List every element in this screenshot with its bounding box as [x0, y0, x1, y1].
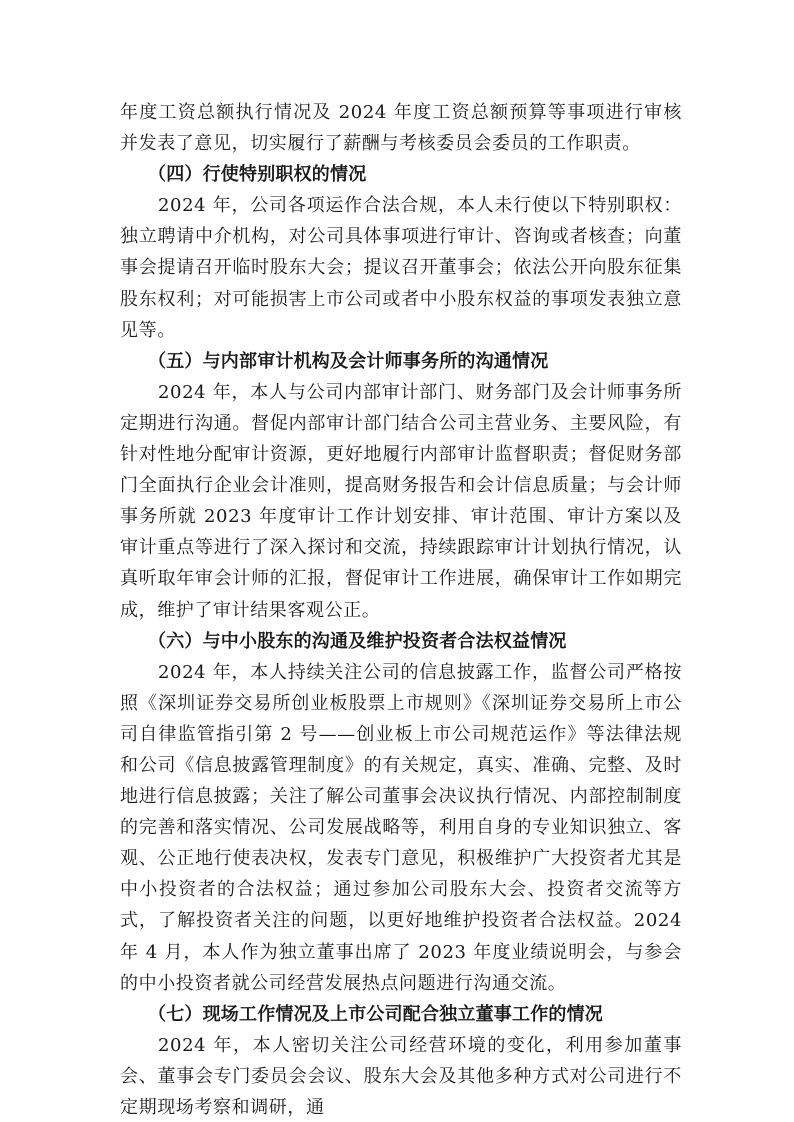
paragraph-audit-communication: 2024 年，本人与公司内部审计部门、财务部门及会计师事务所定期进行沟通。督促内… — [120, 377, 682, 626]
paragraph-minority-shareholders: 2024 年，本人持续关注公司的信息披露工作，监督公司严格按照《深圳证券交易所创… — [120, 657, 682, 999]
section-heading-minority-shareholders: （六）与中小股东的沟通及维护投资者合法权益情况 — [120, 626, 682, 657]
section-heading-onsite-work: （七）现场工作情况及上市公司配合独立董事工作的情况 — [120, 999, 682, 1030]
section-heading-audit-communication: （五）与内部审计机构及会计师事务所的沟通情况 — [120, 346, 682, 377]
paragraph-onsite-work: 2024 年，本人密切关注公司经营环境的变化，利用参加董事会、董事会专门委员会会… — [120, 1030, 682, 1122]
paragraph-continued-salary-review: 年度工资总额执行情况及 2024 年度工资总额预算等事项进行审核并发表了意见，切… — [120, 97, 682, 159]
document-page: 年度工资总额执行情况及 2024 年度工资总额预算等事项进行审核并发表了意见，切… — [120, 97, 682, 1122]
paragraph-special-powers: 2024 年，公司各项运作合法合规，本人未行使以下特别职权：独立聘请中介机构，对… — [120, 190, 682, 345]
section-heading-special-powers: （四）行使特别职权的情况 — [120, 159, 682, 190]
